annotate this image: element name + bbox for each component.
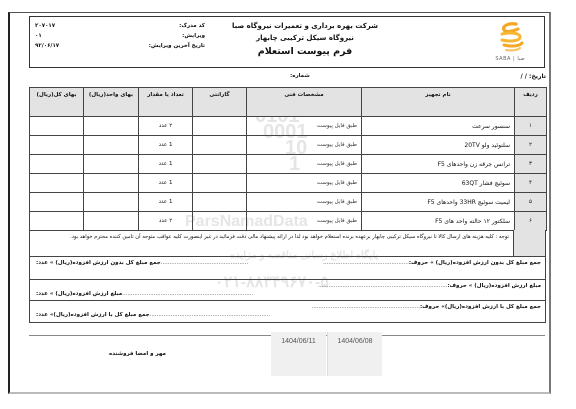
row-unit-price[interactable] — [84, 117, 139, 136]
table-header-row: ردیف نام تجهیز مشخصات فنی گارانتی تعداد … — [30, 88, 547, 117]
row-name: سنسور سرعت — [362, 117, 515, 136]
row-warranty[interactable] — [193, 155, 247, 174]
total-label: مبلغ ارزش افزوده(ریال) » عدد: — [36, 291, 122, 297]
row-index: ۶ — [515, 212, 547, 231]
row-index: ۲ — [515, 136, 547, 155]
row-unit-price[interactable] — [84, 155, 139, 174]
table-row: ۶ سلکتور ۱۲ حالته واحد های F5 طبق فایل پ… — [30, 212, 547, 231]
row-warranty[interactable] — [193, 136, 247, 155]
table-row: ۱ سنسور سرعت طبق فایل پیوست ۲ عدد — [30, 117, 547, 136]
logo-text: SABA | صبا — [480, 56, 540, 62]
number-field: شماره: — [290, 73, 310, 79]
plant-name: نیروگاه سیکل ترکیبی چابهار — [180, 32, 430, 44]
row-index: ۴ — [515, 174, 547, 193]
note-gray-cell — [513, 230, 545, 256]
row-total-price[interactable] — [30, 212, 84, 231]
col-header-name: نام تجهیز — [362, 88, 515, 117]
vat-amount-digits[interactable]: ........................................… — [36, 291, 253, 297]
items-table: ردیف نام تجهیز مشخصات فنی گارانتی تعداد … — [29, 87, 547, 231]
dotted-fill: ........................................… — [323, 260, 409, 266]
vat-amount-row: مبلغ ارزش افزوده(ریال) » حروف:..........… — [29, 280, 546, 301]
meta-value: ۹۲/۰۶/۱۷ — [35, 41, 59, 51]
row-unit-price[interactable] — [84, 174, 139, 193]
total-with-vat-words[interactable]: جمع مبلغ کل با ارزش افزوده(ریال)» حروف:.… — [312, 304, 541, 310]
row-index: ۱ — [515, 117, 547, 136]
dotted-fill: ........................................… — [150, 312, 271, 318]
total-label: جمع مبلغ کل با ارزش افزوده(ریال)» حروف: — [420, 304, 541, 310]
col-header-specs: مشخصات فنی — [247, 88, 362, 117]
vat-amount-words[interactable]: مبلغ ارزش افزوده(ریال) » حروف:..........… — [318, 283, 541, 289]
title-block: شرکت بهره برداری و تعمیرات نیروگاه صبا ن… — [180, 20, 430, 60]
total-without-vat-digits[interactable]: ........................................… — [36, 260, 248, 266]
dotted-fill: ........................................… — [161, 260, 248, 266]
row-warranty[interactable] — [193, 212, 247, 231]
row-unit-price[interactable] — [84, 212, 139, 231]
row-total-price[interactable] — [30, 117, 84, 136]
meta-value: ۰۱ — [35, 31, 42, 41]
row-specs: طبق فایل پیوست — [247, 193, 362, 212]
date-stamp-cell: 1404/06/08 — [327, 332, 382, 376]
col-header-qty: تعداد یا مقدار — [139, 88, 193, 117]
date-field: تاریخ: / / — [521, 73, 547, 80]
row-qty: ۲ عدد — [139, 117, 193, 136]
row-specs: طبق فایل پیوست — [247, 212, 362, 231]
col-header-warranty: گارانتی — [193, 88, 247, 117]
dotted-fill: ........................................… — [122, 291, 253, 297]
form-title: فرم پیوست استعلام — [180, 44, 430, 60]
row-unit-price[interactable] — [84, 136, 139, 155]
row-total-price[interactable] — [30, 155, 84, 174]
row-specs: طبق فایل پیوست — [247, 174, 362, 193]
total-without-vat-words[interactable]: جمع مبلغ کل بدون ارزش افزوده(ریال) » حرو… — [323, 260, 541, 266]
dotted-fill: ........................................… — [312, 304, 420, 310]
meta-value: ۲۰۷۰۱۷ — [35, 21, 55, 31]
company-name: شرکت بهره برداری و تعمیرات نیروگاه صبا — [180, 20, 430, 32]
table-row: ۲ سلنوئید ولو 20TV طبق فایل پیوست 1 عدد — [30, 136, 547, 155]
row-unit-price[interactable] — [84, 193, 139, 212]
row-specs: طبق فایل پیوست — [247, 136, 362, 155]
col-header-index: ردیف — [515, 88, 547, 117]
row-name: ترانس جرقه زن واحدهای F5 — [362, 155, 515, 174]
saba-logo-icon — [480, 20, 540, 56]
document-header: کد مدرک: ۲۰۷۰۱۷ ویرایش: ۰۱ تاریخ آخرین و… — [29, 16, 545, 68]
row-qty: 1 عدد — [139, 136, 193, 155]
date-stamp-cell: 1404/06/11 — [271, 332, 326, 376]
note-row: توجه : کلیه هزینه های ارسال کالا تا نیرو… — [29, 230, 546, 257]
row-index: ۳ — [515, 155, 547, 174]
row-qty: 1 عدد — [139, 193, 193, 212]
row-qty: 1 عدد — [139, 155, 193, 174]
table-row: ۴ سوئیچ فشار 63QT طبق فایل پیوست 1 عدد — [30, 174, 547, 193]
note-text: توجه : کلیه هزینه های ارسال کالا تا نیرو… — [34, 233, 509, 242]
total-with-vat-row: جمع مبلغ کل با ارزش افزوده(ریال)» حروف:.… — [29, 301, 546, 323]
table-row: ۵ لیمیت سوئیچ 33HR واحدهای F5 طبق فایل پ… — [30, 193, 547, 212]
row-total-price[interactable] — [30, 174, 84, 193]
row-qty: 1 عدد — [139, 174, 193, 193]
row-name: سلکتور ۱۲ حالته واحد های F5 — [362, 212, 515, 231]
saba-logo: SABA | صبا — [480, 20, 540, 65]
row-qty: ۲ عدد — [139, 212, 193, 231]
row-total-price[interactable] — [30, 193, 84, 212]
row-name: لیمیت سوئیچ 33HR واحدهای F5 — [362, 193, 515, 212]
row-total-price[interactable] — [30, 136, 84, 155]
row-index: ۵ — [515, 193, 547, 212]
col-header-unit-price: بهای واحد(ریال) — [84, 88, 139, 117]
row-warranty[interactable] — [193, 193, 247, 212]
col-header-total-price: بهای کل(ریال) — [30, 88, 84, 117]
total-label: مبلغ ارزش افزوده(ریال) » حروف: — [447, 283, 541, 289]
row-specs: طبق فایل پیوست — [247, 155, 362, 174]
total-without-vat-row: جمع مبلغ کل بدون ارزش افزوده(ریال) » حرو… — [29, 257, 546, 280]
total-with-vat-digits[interactable]: ........................................… — [36, 312, 270, 318]
signature-label: مهر و امضا فروشنده — [109, 351, 166, 357]
row-name: سلنوئید ولو 20TV — [362, 136, 515, 155]
total-label: جمع مبلغ کل با ارزش افزوده(ریال)» عدد: — [36, 312, 150, 318]
row-warranty[interactable] — [193, 174, 247, 193]
row-name: سوئیچ فشار 63QT — [362, 174, 515, 193]
row-specs: طبق فایل پیوست — [247, 117, 362, 136]
row-warranty[interactable] — [193, 117, 247, 136]
total-label: جمع مبلغ کل بدون ارزش افزوده(ریال) » عدد… — [36, 260, 161, 266]
dotted-fill: ........................................… — [318, 283, 447, 289]
total-label: جمع مبلغ کل بدون ارزش افزوده(ریال) » حرو… — [409, 260, 541, 266]
table-row: ۳ ترانس جرقه زن واحدهای F5 طبق فایل پیوس… — [30, 155, 547, 174]
